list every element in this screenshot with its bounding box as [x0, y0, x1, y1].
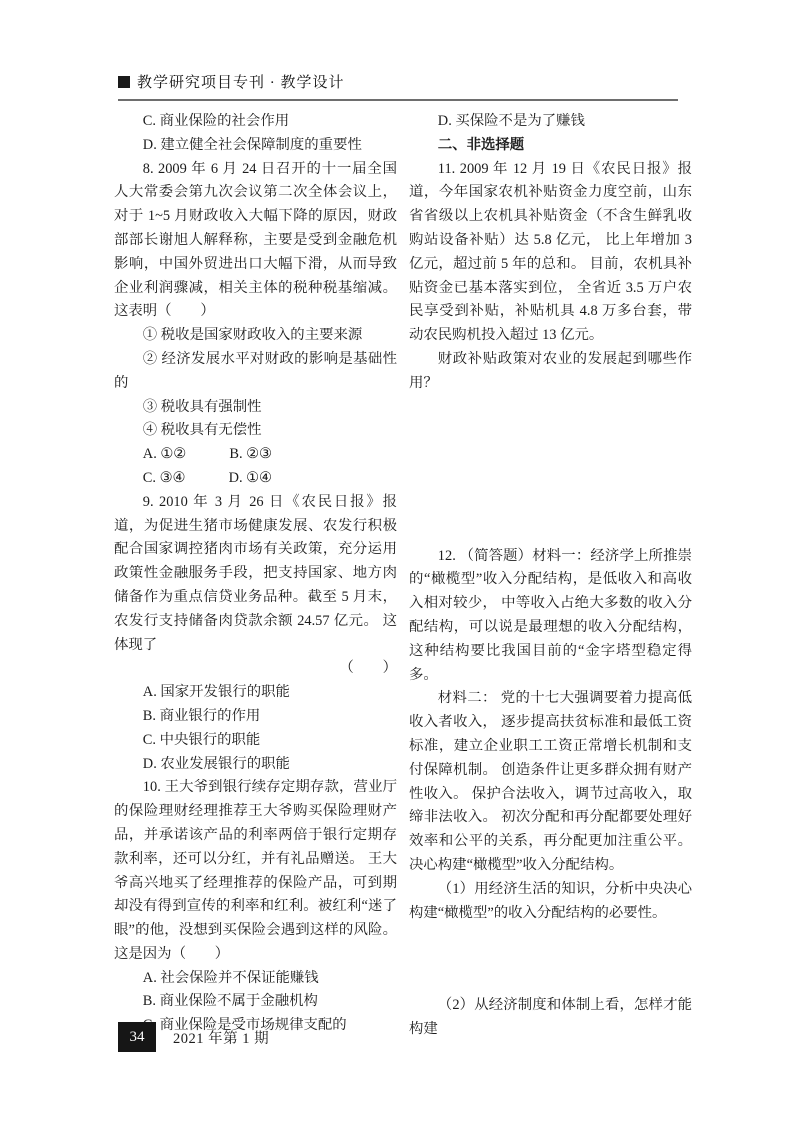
question-12-material-1: 12. （简答题）材料一：经济学上所推崇的“橄榄型”收入分配结构，是低收入和高收… [409, 545, 692, 688]
text-columns: C. 商业保险的社会作用 D. 建立健全社会保障制度的重要性 8. 2009 年… [114, 110, 692, 1042]
running-header: 教学研究项目专刊 · 教学设计 [118, 71, 345, 92]
answer-option: A. 社会保险并不保证能赚钱 [114, 967, 397, 991]
issue-label: 2021 年第 1 期 [173, 1027, 269, 1048]
page-footer: 34 2021 年第 1 期 [118, 1022, 269, 1052]
left-column: C. 商业保险的社会作用 D. 建立健全社会保障制度的重要性 8. 2009 年… [114, 110, 397, 1042]
answer-option: D. 买保险不是为了赚钱 [409, 110, 692, 134]
answer-option: B. 商业保险不属于金融机构 [114, 990, 397, 1014]
question-9-paragraph: 9. 2010 年 3 月 26 日《农民日报》报道，为促进生猪市场健康发展、农… [114, 491, 397, 658]
running-header-title: 教学研究项目专刊 · 教学设计 [137, 71, 345, 92]
question-8-paragraph: 8. 2009 年 6 月 24 日召开的十一届全国人大常委会第九次会议第二次全… [114, 158, 397, 325]
statement-option: ③ 税收具有强制性 [114, 396, 397, 420]
right-column: D. 买保险不是为了赚钱 二、非选择题 11. 2009 年 12 月 19 日… [409, 110, 692, 1042]
document-page: 教学研究项目专刊 · 教学设计 C. 商业保险的社会作用 D. 建立健全社会保障… [0, 0, 793, 1122]
statement-option: ④ 税收具有无偿性 [114, 419, 397, 443]
answer-space [409, 396, 692, 545]
answer-option: D. 建立健全社会保障制度的重要性 [114, 134, 397, 158]
section-square-icon [118, 76, 130, 88]
statement-option: ① 税收是国家财政收入的主要来源 [114, 324, 397, 348]
header-rule [118, 99, 678, 101]
answer-option: B. 商业银行的作用 [114, 705, 397, 729]
question-11-prompt: 财政补贴政策对农业的发展起到哪些作用？ [409, 348, 692, 396]
answer-options-row: A. ①② B. ②③ [114, 443, 397, 467]
answer-space [409, 925, 692, 994]
answer-option: D. 农业发展银行的职能 [114, 753, 397, 777]
answer-option: C. 中央银行的职能 [114, 729, 397, 753]
answer-paren-placeholder: （ ） [114, 657, 397, 681]
answer-options-row: C. ③④ D. ①④ [114, 467, 397, 491]
question-11-paragraph: 11. 2009 年 12 月 19 日《农民日报》报道，今年国家农机补贴资金力… [409, 158, 692, 348]
answer-option: A. 国家开发银行的职能 [114, 681, 397, 705]
section-heading: 二、非选择题 [409, 134, 692, 158]
question-12-subquestion-2: （2）从经济制度和体制上看，怎样才能构建 [409, 994, 692, 1042]
question-10-paragraph: 10. 王大爷到银行续存定期存款，营业厅的保险理财经理推荐王大爷购买保险理财产品… [114, 776, 397, 966]
page-number-badge: 34 [118, 1022, 156, 1052]
question-12-subquestion-1: （1）用经济生活的知识，分析中央决心构建“橄榄型”的收入分配结构的必要性。 [409, 878, 692, 926]
question-12-material-2: 材料二： 党的十七大强调要着力提高低收入者收入， 逐步提高扶贫标准和最低工资标准… [409, 687, 692, 877]
statement-option: ② 经济发展水平对财政的影响是基础性的 [114, 348, 397, 396]
answer-option: C. 商业保险的社会作用 [114, 110, 397, 134]
